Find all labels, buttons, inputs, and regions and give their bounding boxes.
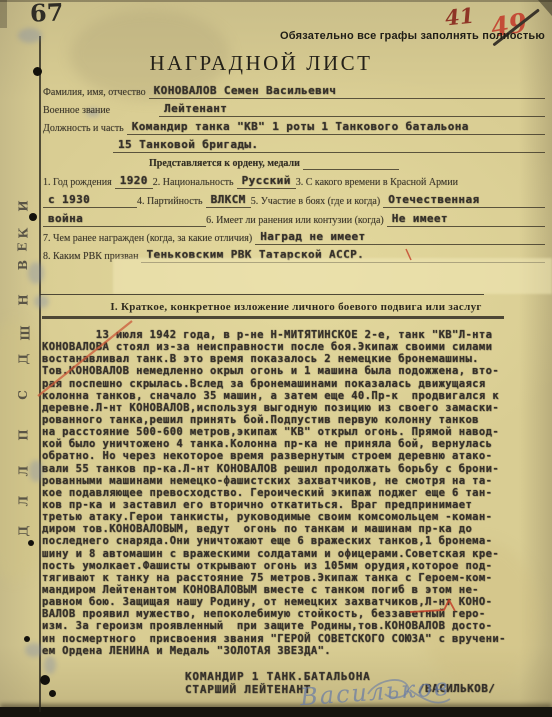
body-text-line: шину и 8 автомашин с вражескими солдатам… [42, 548, 520, 560]
form-row: Военное званиеЛейтенант [43, 101, 545, 117]
form-label: 7. Чем ранее награжден (когда, за какие … [43, 233, 255, 245]
form-row: 15 Танковой бригады. [43, 137, 545, 153]
body-text-line: колонна танков, сначало 35 машин, а зате… [42, 390, 520, 402]
punch-hole [29, 213, 37, 221]
form-row: Должность и частьКомандир танка "КВ" 1 р… [43, 119, 545, 135]
body-text-line: мандиром Лейтенантом КОНОВАЛОВЫМ вместе … [42, 584, 520, 596]
blue-smudge [28, 262, 44, 284]
blue-smudge [34, 295, 49, 308]
form-value: 1920 [115, 174, 153, 189]
body-text-line: ВАЛОВ проявил мужество, непоколебимую ст… [42, 608, 520, 620]
margin-letter: Л [16, 466, 30, 477]
form-row: с 19304. ПартийностьВЛКСМ5. Участие в бо… [43, 192, 545, 208]
margin-letter: Л [16, 496, 30, 507]
form-label: 4. Партийность [137, 196, 206, 208]
form-row: Фамилия, имя, отчествоКОНОВАЛОВ Семен Ва… [43, 83, 545, 99]
form-value: КОНОВАЛОВ Семен Васильевич [149, 84, 545, 99]
margin-letter: К [16, 228, 30, 239]
form-value: война [43, 212, 88, 227]
body-text-line: востанавливал танк.В это время показалос… [42, 353, 520, 365]
separator-line [40, 294, 484, 295]
form-row: Представляется к ордену, медали [43, 154, 545, 170]
blue-smudge [29, 460, 43, 482]
body-text-line: пость умолкает.Фашисты открывают огонь и… [42, 560, 520, 572]
body-text-line: кой было уничтожено 4 танка.Колонна пр-к… [42, 438, 520, 450]
margin-letter: И [17, 200, 31, 211]
body-text-line: 13 июля 1942 года, в р-не Н-МИТЯТИНСКОЕ … [42, 329, 520, 341]
body-text-line: диром тов.КОНОВАЛОВЫМ, ведут огонь по та… [42, 523, 520, 535]
page-fold-line [39, 36, 41, 712]
margin-letter: П [17, 429, 31, 440]
form-value: Наград не имеет [255, 230, 545, 245]
form-value: ВЛКСМ [206, 193, 251, 208]
fill-instruction: Обязательно все графы заполнять полность… [280, 30, 545, 42]
margin-letter: Д [16, 354, 30, 365]
form-row: 7. Чем ранее награжден (когда, за какие … [43, 229, 545, 245]
body-text-line: рованными машинами немецко-фашистских за… [42, 475, 520, 487]
punch-hole [28, 540, 34, 546]
form-row: 1. Год рождения19202. НациональностьРусс… [43, 173, 545, 189]
margin-letter: С [16, 390, 30, 400]
margin-letter: Е [16, 242, 30, 251]
form-label: 2. Национальность [153, 177, 237, 189]
form-label: 6. Имеет ли ранения или контузии (когда) [206, 215, 387, 227]
separator-line-thick [42, 316, 504, 319]
body-text-line: ем Ордена ЛЕНИНА и Медаль "ЗОЛОТАЯ ЗВЕЗД… [42, 645, 520, 657]
punch-hole [24, 636, 30, 642]
form-blank-line [88, 216, 206, 227]
paper-patch [113, 258, 552, 294]
punch-hole [40, 675, 50, 685]
margin-letter: Ш [19, 325, 33, 340]
body-text-line: Тов.КОНОВАЛОВ немедленно окрыл огонь и 1… [42, 365, 520, 377]
section-heading: I. Краткое, конкретное изложение личного… [100, 301, 492, 313]
body-text-line: рованного танка,решил принять бой.Подпус… [42, 414, 520, 426]
blue-smudge [25, 643, 43, 657]
citation-text: 13 июля 1942 года, в р-не Н-МИТЯТИНСКОЕ … [42, 329, 520, 657]
body-text-line: обратно. Но через некоторое время развер… [42, 450, 520, 462]
body-text-line: последнего снаряда.Они уничтожают еще 6 … [42, 535, 520, 547]
body-text-line: тягивают к танку на расстояние 75 метров… [42, 572, 520, 584]
margin-letter: В [16, 260, 30, 270]
body-text-line: ков пр-ка и заставил его вторично откати… [42, 499, 520, 511]
document-title: НАГРАДНОЙ ЛИСТ [0, 51, 522, 76]
form-row: война6. Имеет ли ранения или контузии (к… [43, 211, 545, 227]
margin-letter: Д [16, 526, 30, 537]
body-text-line: кое подавляющее превосходство. Героическ… [42, 487, 520, 499]
body-text-line: на расстояние 500-600 метров,экипаж "КВ"… [42, 426, 520, 438]
scan-edge-corner [538, 0, 552, 16]
punch-hole [49, 690, 56, 697]
form-blank-line [303, 159, 399, 170]
body-text-line: ин посмертного присвоения звания "ГЕРОЙ … [42, 633, 520, 645]
scan-edge-left [0, 0, 7, 28]
blue-smudge [18, 28, 42, 43]
body-text-line: равном бою. Защищая нашу Родину, от неме… [42, 596, 520, 608]
form-value: Отечественная [383, 193, 545, 208]
body-text-line: третью атаку.Герои танкисты, руководимые… [42, 511, 520, 523]
form-value: Не имеет [387, 212, 545, 227]
blue-smudge [44, 656, 56, 674]
scan-edge-bottom [0, 707, 552, 717]
award-sheet-document: 67 41 49 Обязательно все графы заполнять… [0, 0, 552, 717]
body-text-line: деревне.Л-нт КОНОВАЛОВ,используя выгодну… [42, 402, 520, 414]
form-value: 15 Танковой бригады. [113, 138, 545, 153]
body-text-line: изм. За героизм проявленный при защите Р… [42, 620, 520, 632]
scan-edge-top [0, 0, 552, 2]
form-label: Должность и часть [43, 123, 127, 135]
body-text-line: рая поспешно скрылась.Вслед за бронемаши… [42, 378, 520, 390]
red-pencil-number: 41 [444, 3, 476, 31]
form-label: Представляется к ордену, медали [149, 158, 303, 170]
form-label: Фамилия, имя, отчество [43, 87, 149, 99]
signer-position-line2: СТАРШИЙ ЛЕЙТЕНАНТ [185, 683, 311, 696]
punch-hole [33, 67, 42, 76]
form-value: Русский [237, 174, 296, 189]
body-text-line: вали 55 танков пр-ка.Л-нт КОНОВАЛОВ реши… [42, 463, 520, 475]
body-text-line: КОНОВАЛОВА стоял из-за неисправности пос… [42, 341, 520, 353]
handwritten-page-number: 67 [30, 0, 64, 28]
margin-letter: Н [17, 294, 31, 305]
form-label: Военное звание [43, 105, 113, 117]
form-value: с 1930 [43, 193, 137, 208]
form-value: Командир танка "КВ" 1 роты 1 Танкового б… [127, 120, 545, 135]
form-label: 1. Год рождения [43, 177, 115, 189]
form-label: 3. С какого времени в Красной Армии [296, 177, 461, 189]
form-label: 5. Участие в боях (где и когда) [251, 196, 384, 208]
form-value: Лейтенант [159, 102, 545, 117]
